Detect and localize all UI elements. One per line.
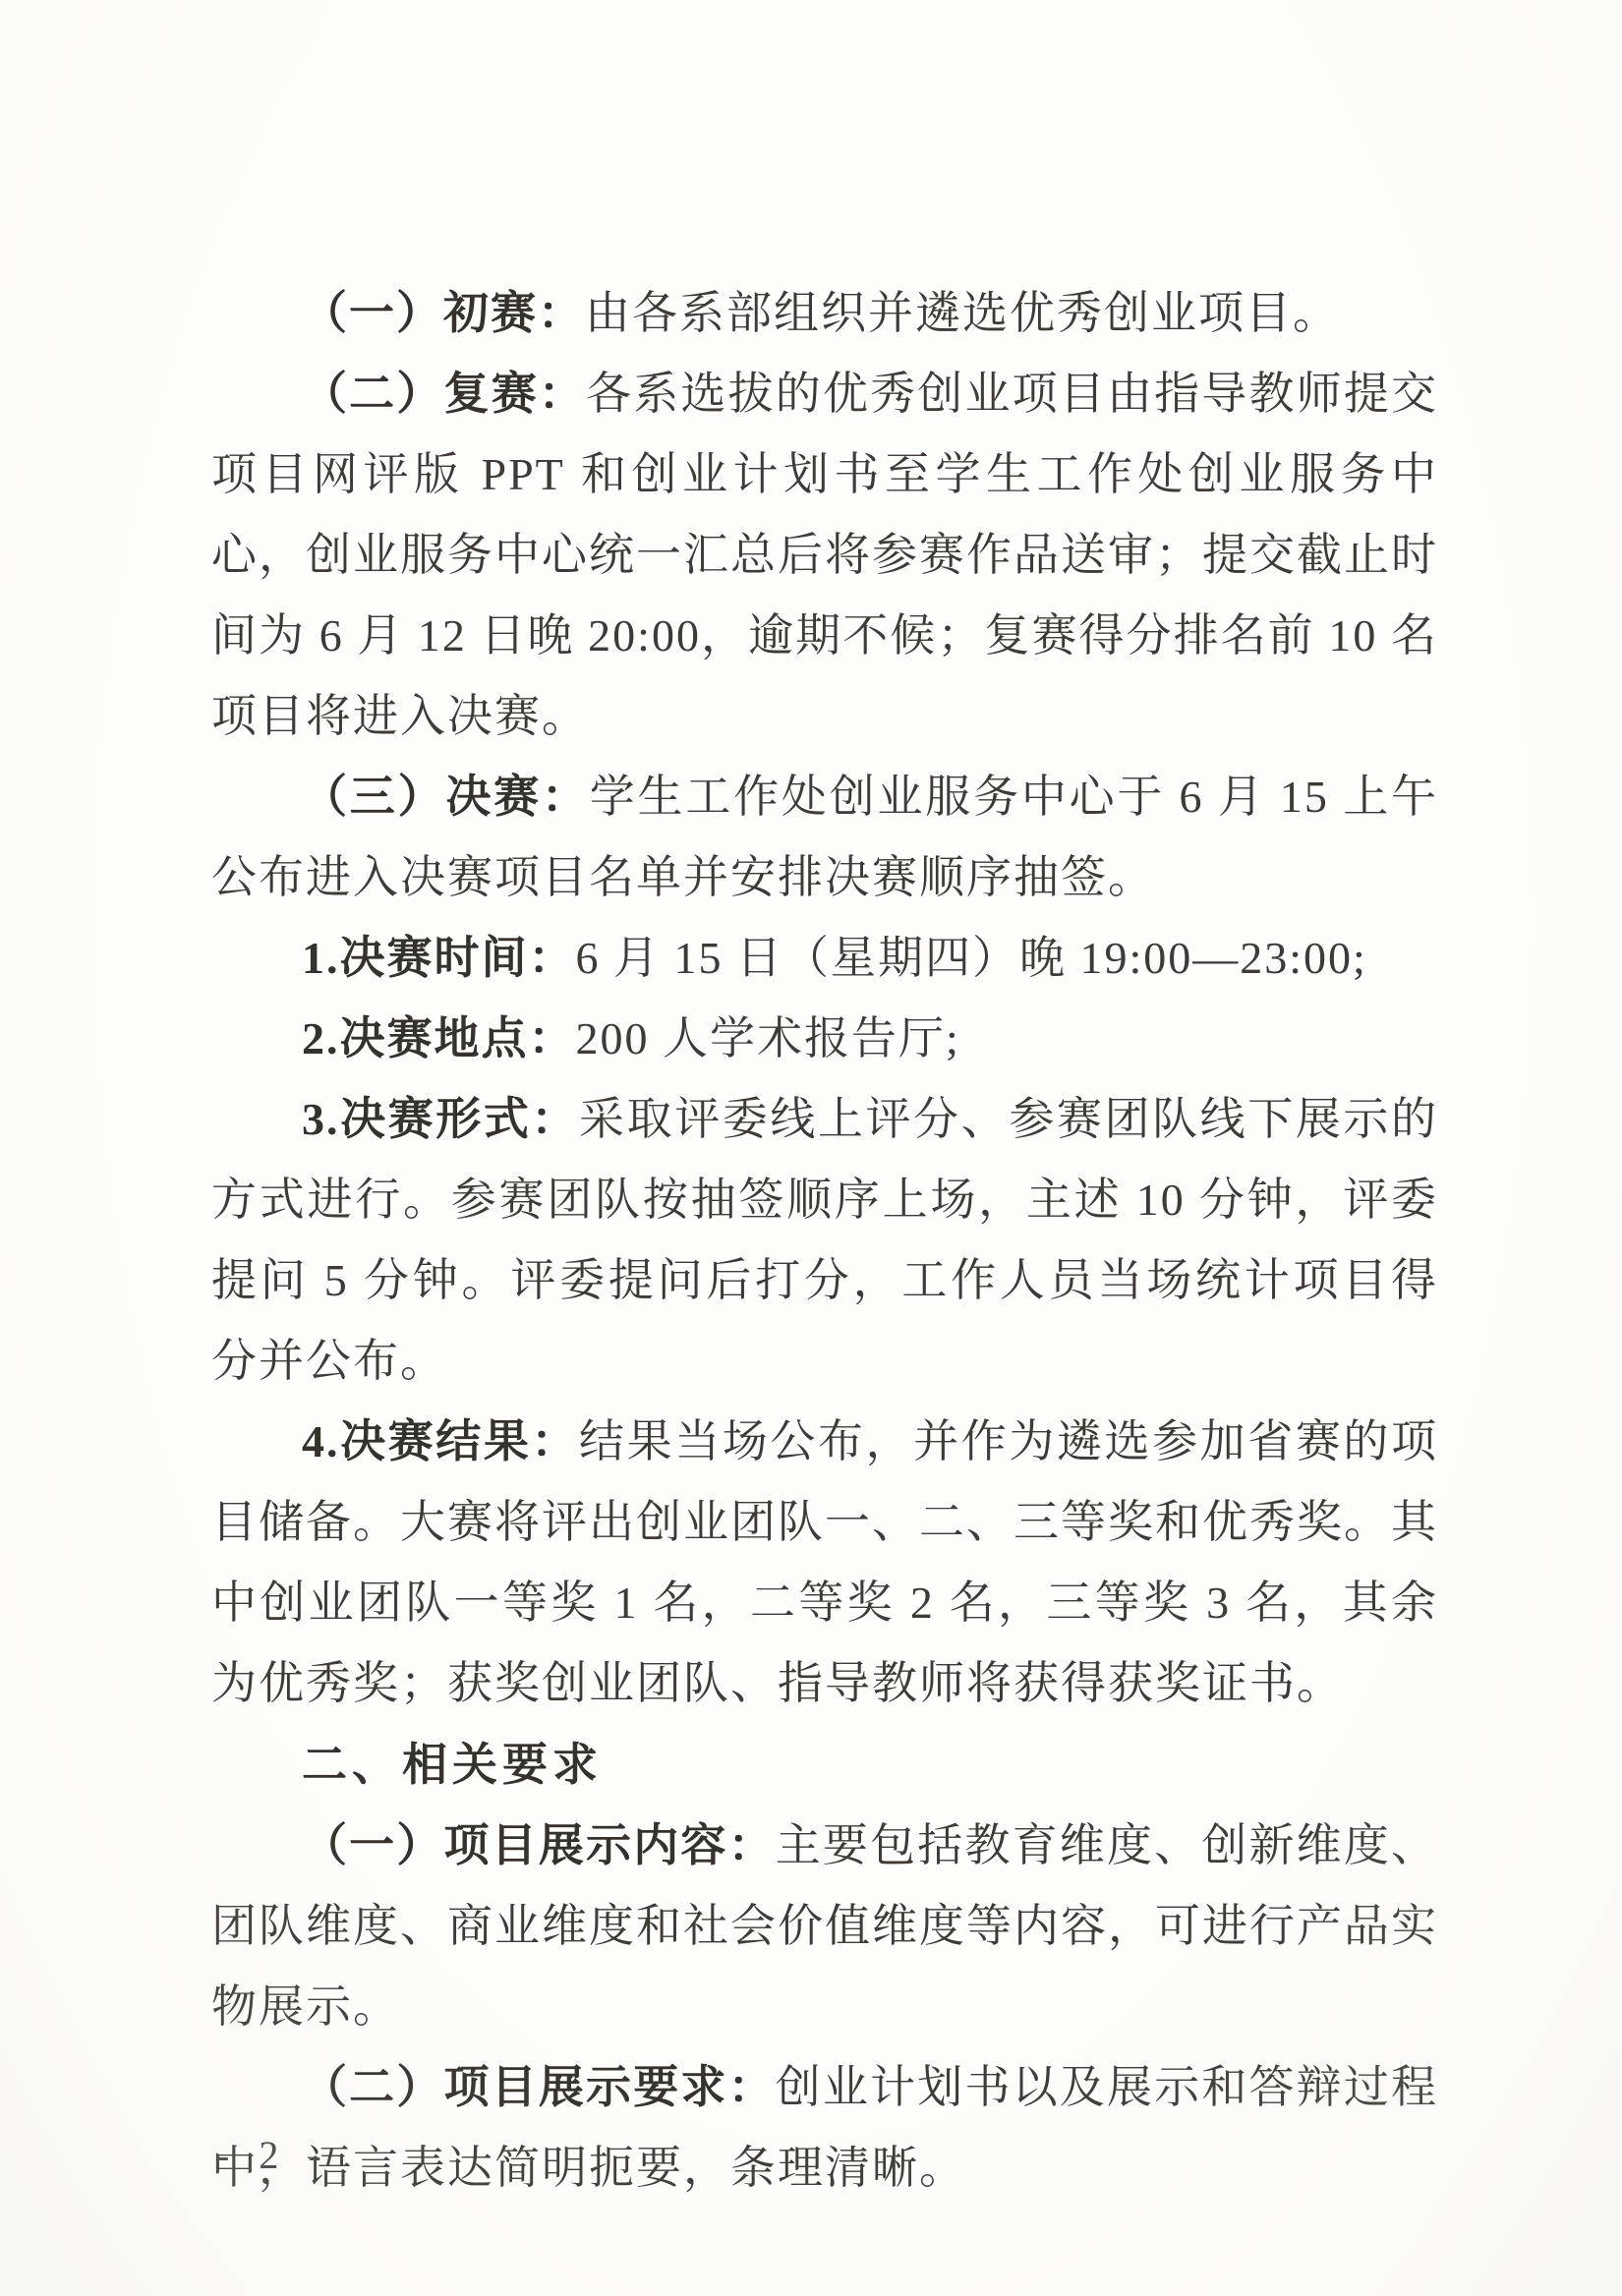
item-head: 4.决赛结果：	[302, 1416, 579, 1466]
paragraph-head: （一）初赛：	[302, 288, 585, 338]
paragraph-semifinal-round: （二）复赛：各系选拔的优秀创业项目由指导教师提交项目网评版 PPT 和创业计划书…	[211, 354, 1438, 757]
section-heading-text: 二、相关要求	[302, 1739, 603, 1790]
item-head: 3.决赛形式：	[302, 1094, 579, 1144]
paragraph-head: （二）复赛：	[302, 369, 586, 419]
item-body: 200 人学术报告厅;	[576, 1013, 960, 1063]
item-final-result: 4.决赛结果：结果当场公布，并作为遴选参加省赛的项目储备。大赛将评出创业团队一、…	[211, 1402, 1438, 1724]
scanned-document-page: （一）初赛：由各系部组织并遴选优秀创业项目。 （二）复赛：各系选拔的优秀创业项目…	[0, 0, 1622, 2296]
paragraph-display-requirements: （二）项目展示要求：创业计划书以及展示和答辩过程中，语言表达简明扼要，条理清晰。	[211, 2047, 1438, 2209]
section-heading-requirements: 二、相关要求	[211, 1724, 1438, 1806]
item-final-format: 3.决赛形式：采取评委线上评分、参赛团队线下展示的方式进行。参赛团队按抽签顺序上…	[211, 1079, 1438, 1402]
item-final-venue: 2.决赛地点：200 人学术报告厅;	[211, 999, 1438, 1079]
paragraph-head: （三）决赛：	[302, 772, 590, 822]
document-content: （一）初赛：由各系部组织并遴选优秀创业项目。 （二）复赛：各系选拔的优秀创业项目…	[211, 273, 1438, 2209]
item-body: 6 月 15 日（星期四）晚 19:00—23:00;	[576, 933, 1367, 983]
paragraph-display-content: （一）项目展示内容：主要包括教育维度、创新维度、团队维度、商业维度和社会价值维度…	[211, 1806, 1438, 2047]
paragraph-preliminary-round: （一）初赛：由各系部组织并遴选优秀创业项目。	[211, 273, 1438, 354]
paragraph-body: 由各系部组织并遴选优秀创业项目。	[585, 288, 1340, 338]
paragraph-head: （二）项目展示要求：	[302, 2062, 776, 2112]
page-number: - 2 -	[216, 2133, 331, 2178]
item-head: 2.决赛地点：	[302, 1013, 576, 1063]
item-head: 1.决赛时间：	[302, 933, 576, 983]
paragraph-body: 各系选拔的优秀创业项目由指导教师提交项目网评版 PPT 和创业计划书至学生工作处…	[211, 369, 1438, 741]
paragraph-final-round: （三）决赛：学生工作处创业服务中心于 6 月 15 上午公布进入决赛项目名单并安…	[211, 757, 1438, 918]
item-final-time: 1.决赛时间：6 月 15 日（星期四）晚 19:00—23:00;	[211, 918, 1438, 999]
paragraph-head: （一）项目展示内容：	[302, 1820, 776, 1870]
